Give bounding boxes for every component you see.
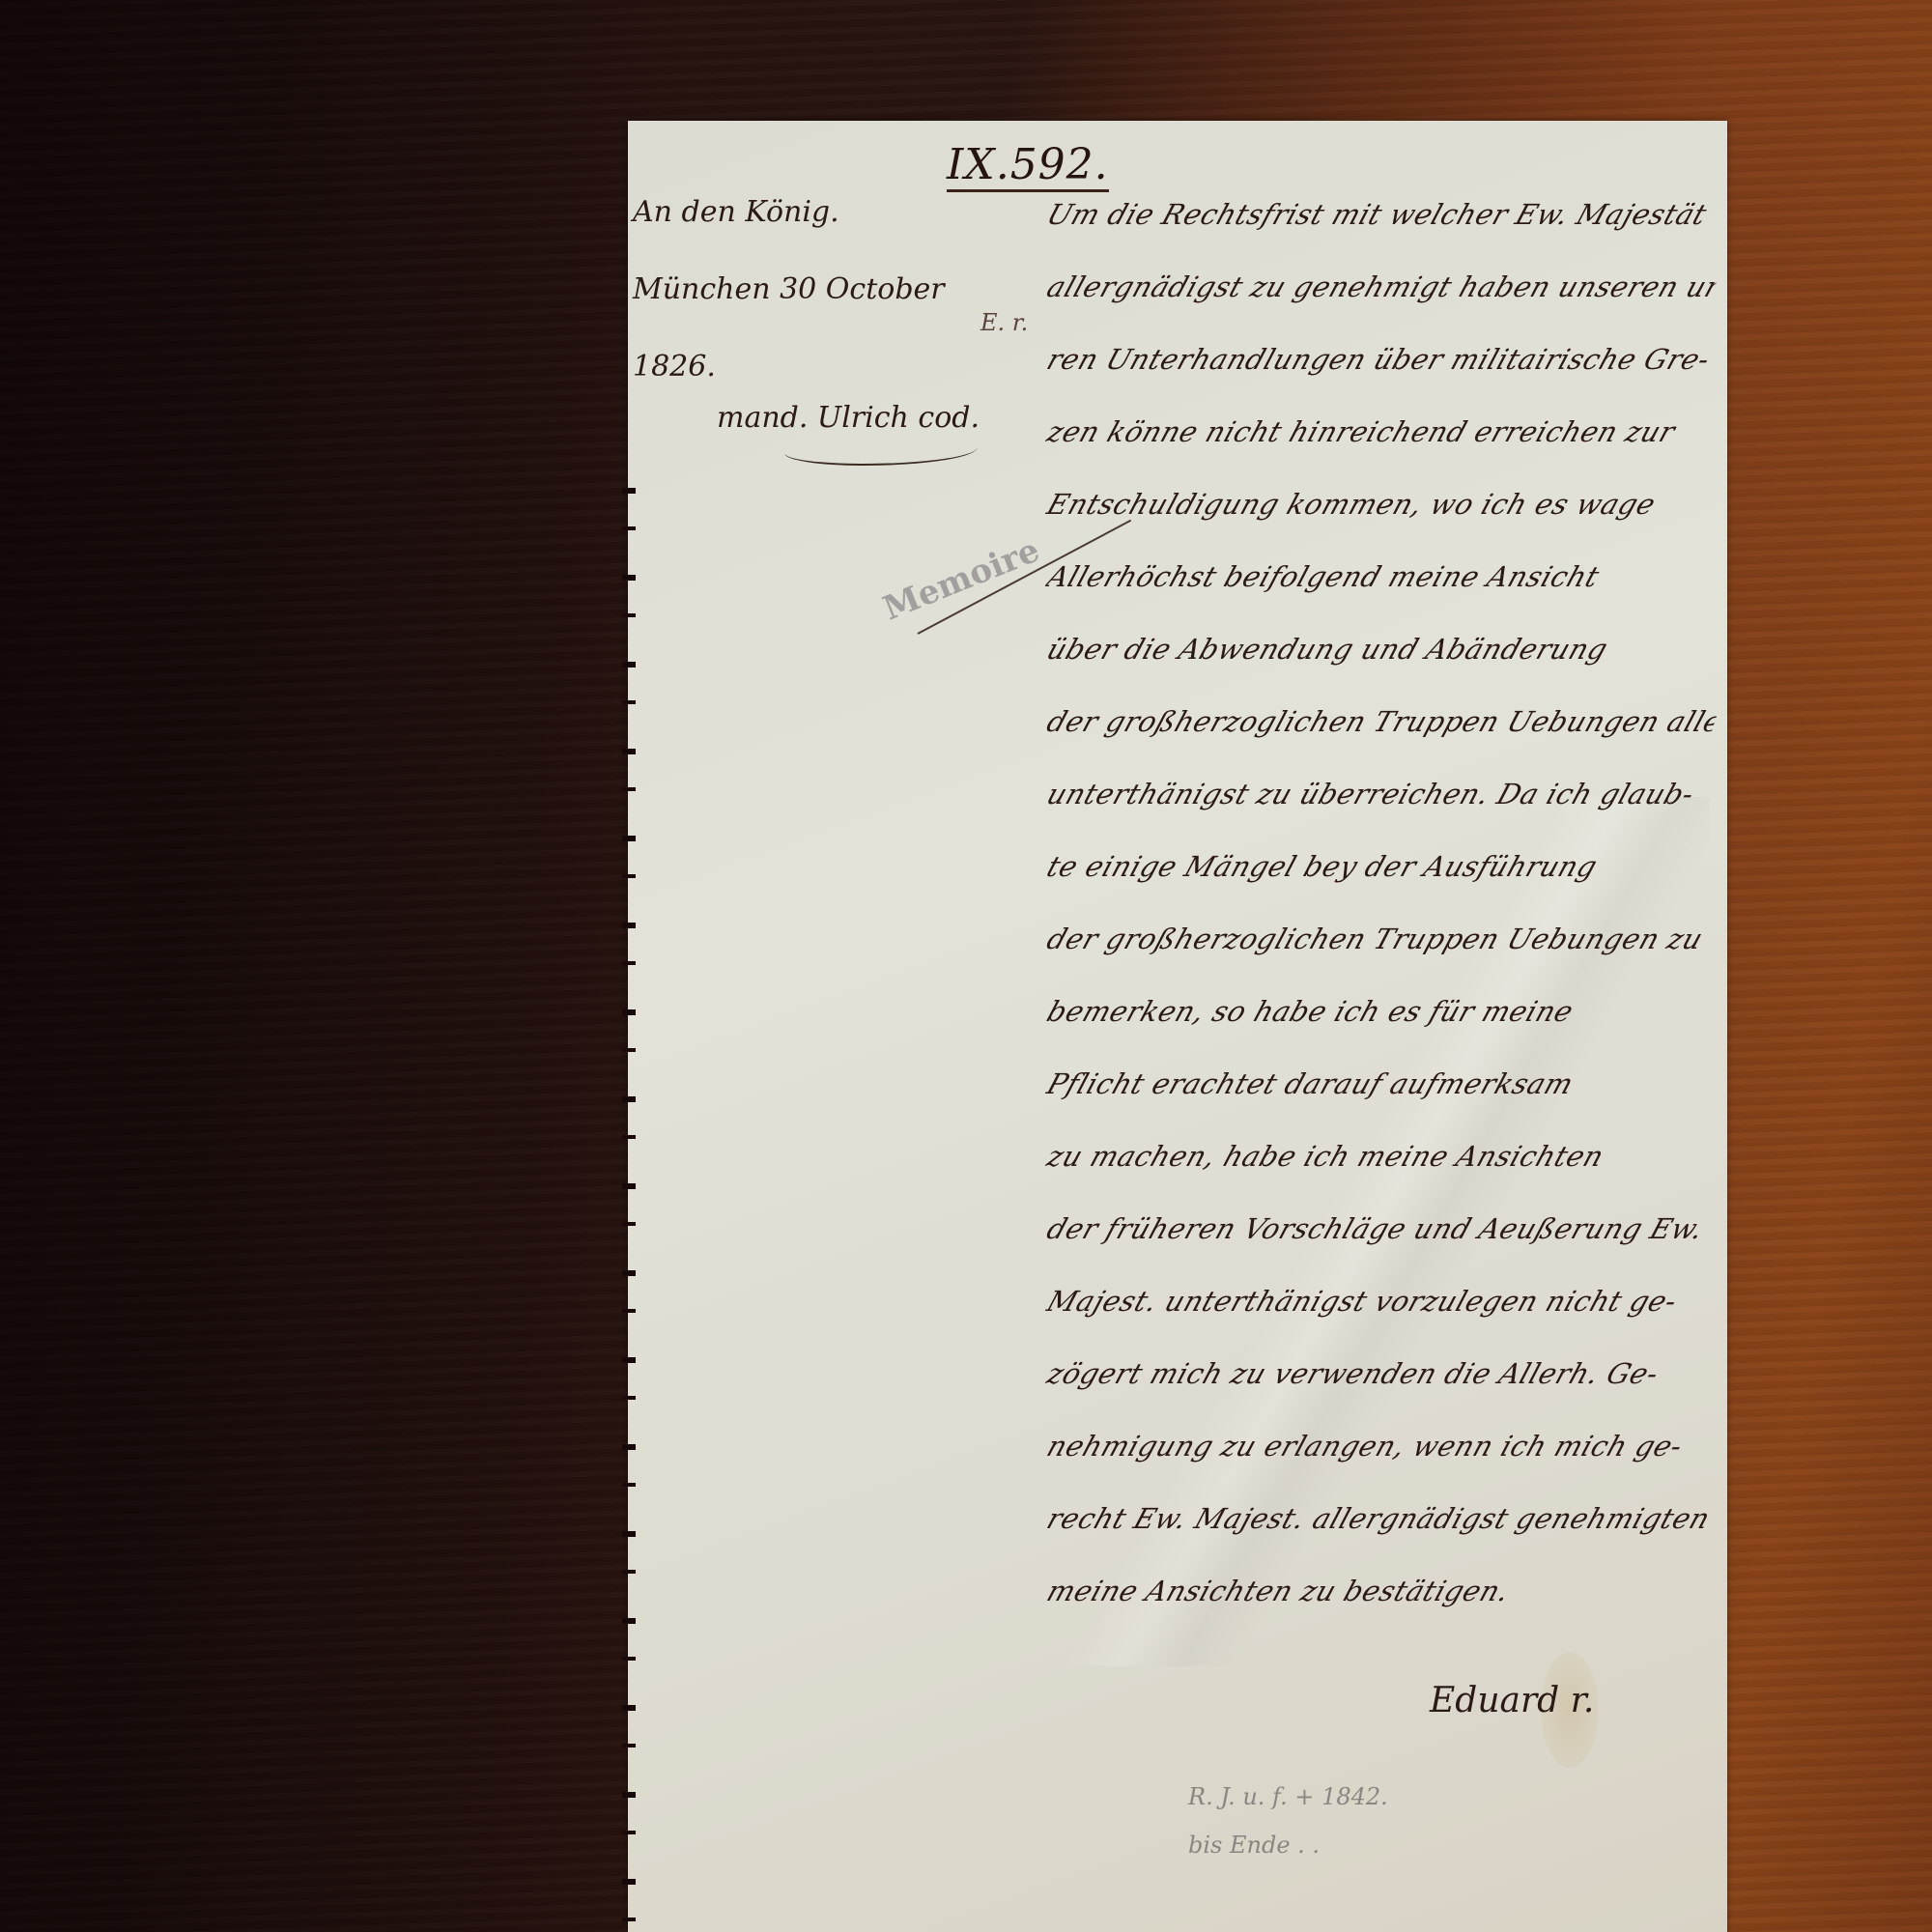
body-line: über die Abwendung und Abänderung	[1037, 613, 1726, 686]
addressee-line: An den König.	[633, 174, 961, 251]
flourish-icon	[784, 435, 978, 466]
body-line: Pflicht erachtet darauf aufmerksam	[1037, 1048, 1726, 1121]
margin-header: An den König. München 30 October 1826.	[633, 174, 961, 406]
pencil-annotations: R. J. u. f. + 1842. bis Ende . .	[1188, 1773, 1388, 1869]
body-line: Um die Rechtsfrist mit welcher Ew. Majes…	[1037, 179, 1726, 251]
body-line: ren Unterhandlungen über militairische G…	[1037, 324, 1726, 396]
margin-note-er: E. r.	[980, 309, 1028, 336]
body-line: bemerken, so habe ich es für meine	[1037, 976, 1726, 1048]
body-line: zögert mich zu verwenden die Allerh. Ge-	[1037, 1338, 1726, 1410]
body-line: allergnädigst zu genehmigt haben unseren…	[1037, 251, 1726, 324]
body-line: der großherzoglichen Truppen Uebungen zu	[1037, 903, 1726, 976]
place-date-line: München 30 October 1826.	[633, 251, 961, 406]
body-line: unterthänigst zu überreichen. Da ich gla…	[1037, 758, 1726, 831]
body-line: zen könne nicht hinreichend erreichen zu…	[1037, 396, 1726, 469]
margin-note-ulrich: mand. Ulrich cod.	[717, 401, 1007, 466]
body-line: te einige Mängel bey der Ausführung	[1037, 831, 1726, 903]
body-line: Majest. unterthänigst vorzulegen nicht g…	[1037, 1265, 1726, 1338]
torn-paper-edge	[622, 488, 636, 1932]
body-line: nehmigung zu erlangen, wenn ich mich ge-	[1037, 1410, 1726, 1483]
body-line: der großherzoglichen Truppen Uebungen al…	[1037, 686, 1726, 758]
ulrich-note-text: mand. Ulrich cod.	[717, 401, 980, 435]
pencil-note-line: R. J. u. f. + 1842.	[1188, 1773, 1388, 1821]
signature: Eduard r.	[1430, 1681, 1594, 1720]
body-line: Allerhöchst beifolgend meine Ansicht	[1037, 541, 1726, 613]
pencil-note-line: bis Ende . .	[1188, 1821, 1388, 1869]
letter-body: Um die Rechtsfrist mit welcher Ew. Majes…	[1048, 179, 1715, 1628]
body-line: der früheren Vorschläge und Aeußerung Ew…	[1037, 1193, 1726, 1265]
manuscript-page: IX.592. An den König. München 30 October…	[628, 121, 1727, 1932]
body-line: recht Ew. Majest. allergnädigst genehmig…	[1037, 1483, 1726, 1555]
body-line: meine Ansichten zu bestätigen.	[1037, 1555, 1726, 1628]
body-line: Entschuldigung kommen, wo ich es wage	[1037, 469, 1726, 541]
body-line: zu machen, habe ich meine Ansichten	[1037, 1121, 1726, 1193]
table-shadow	[0, 0, 676, 1932]
